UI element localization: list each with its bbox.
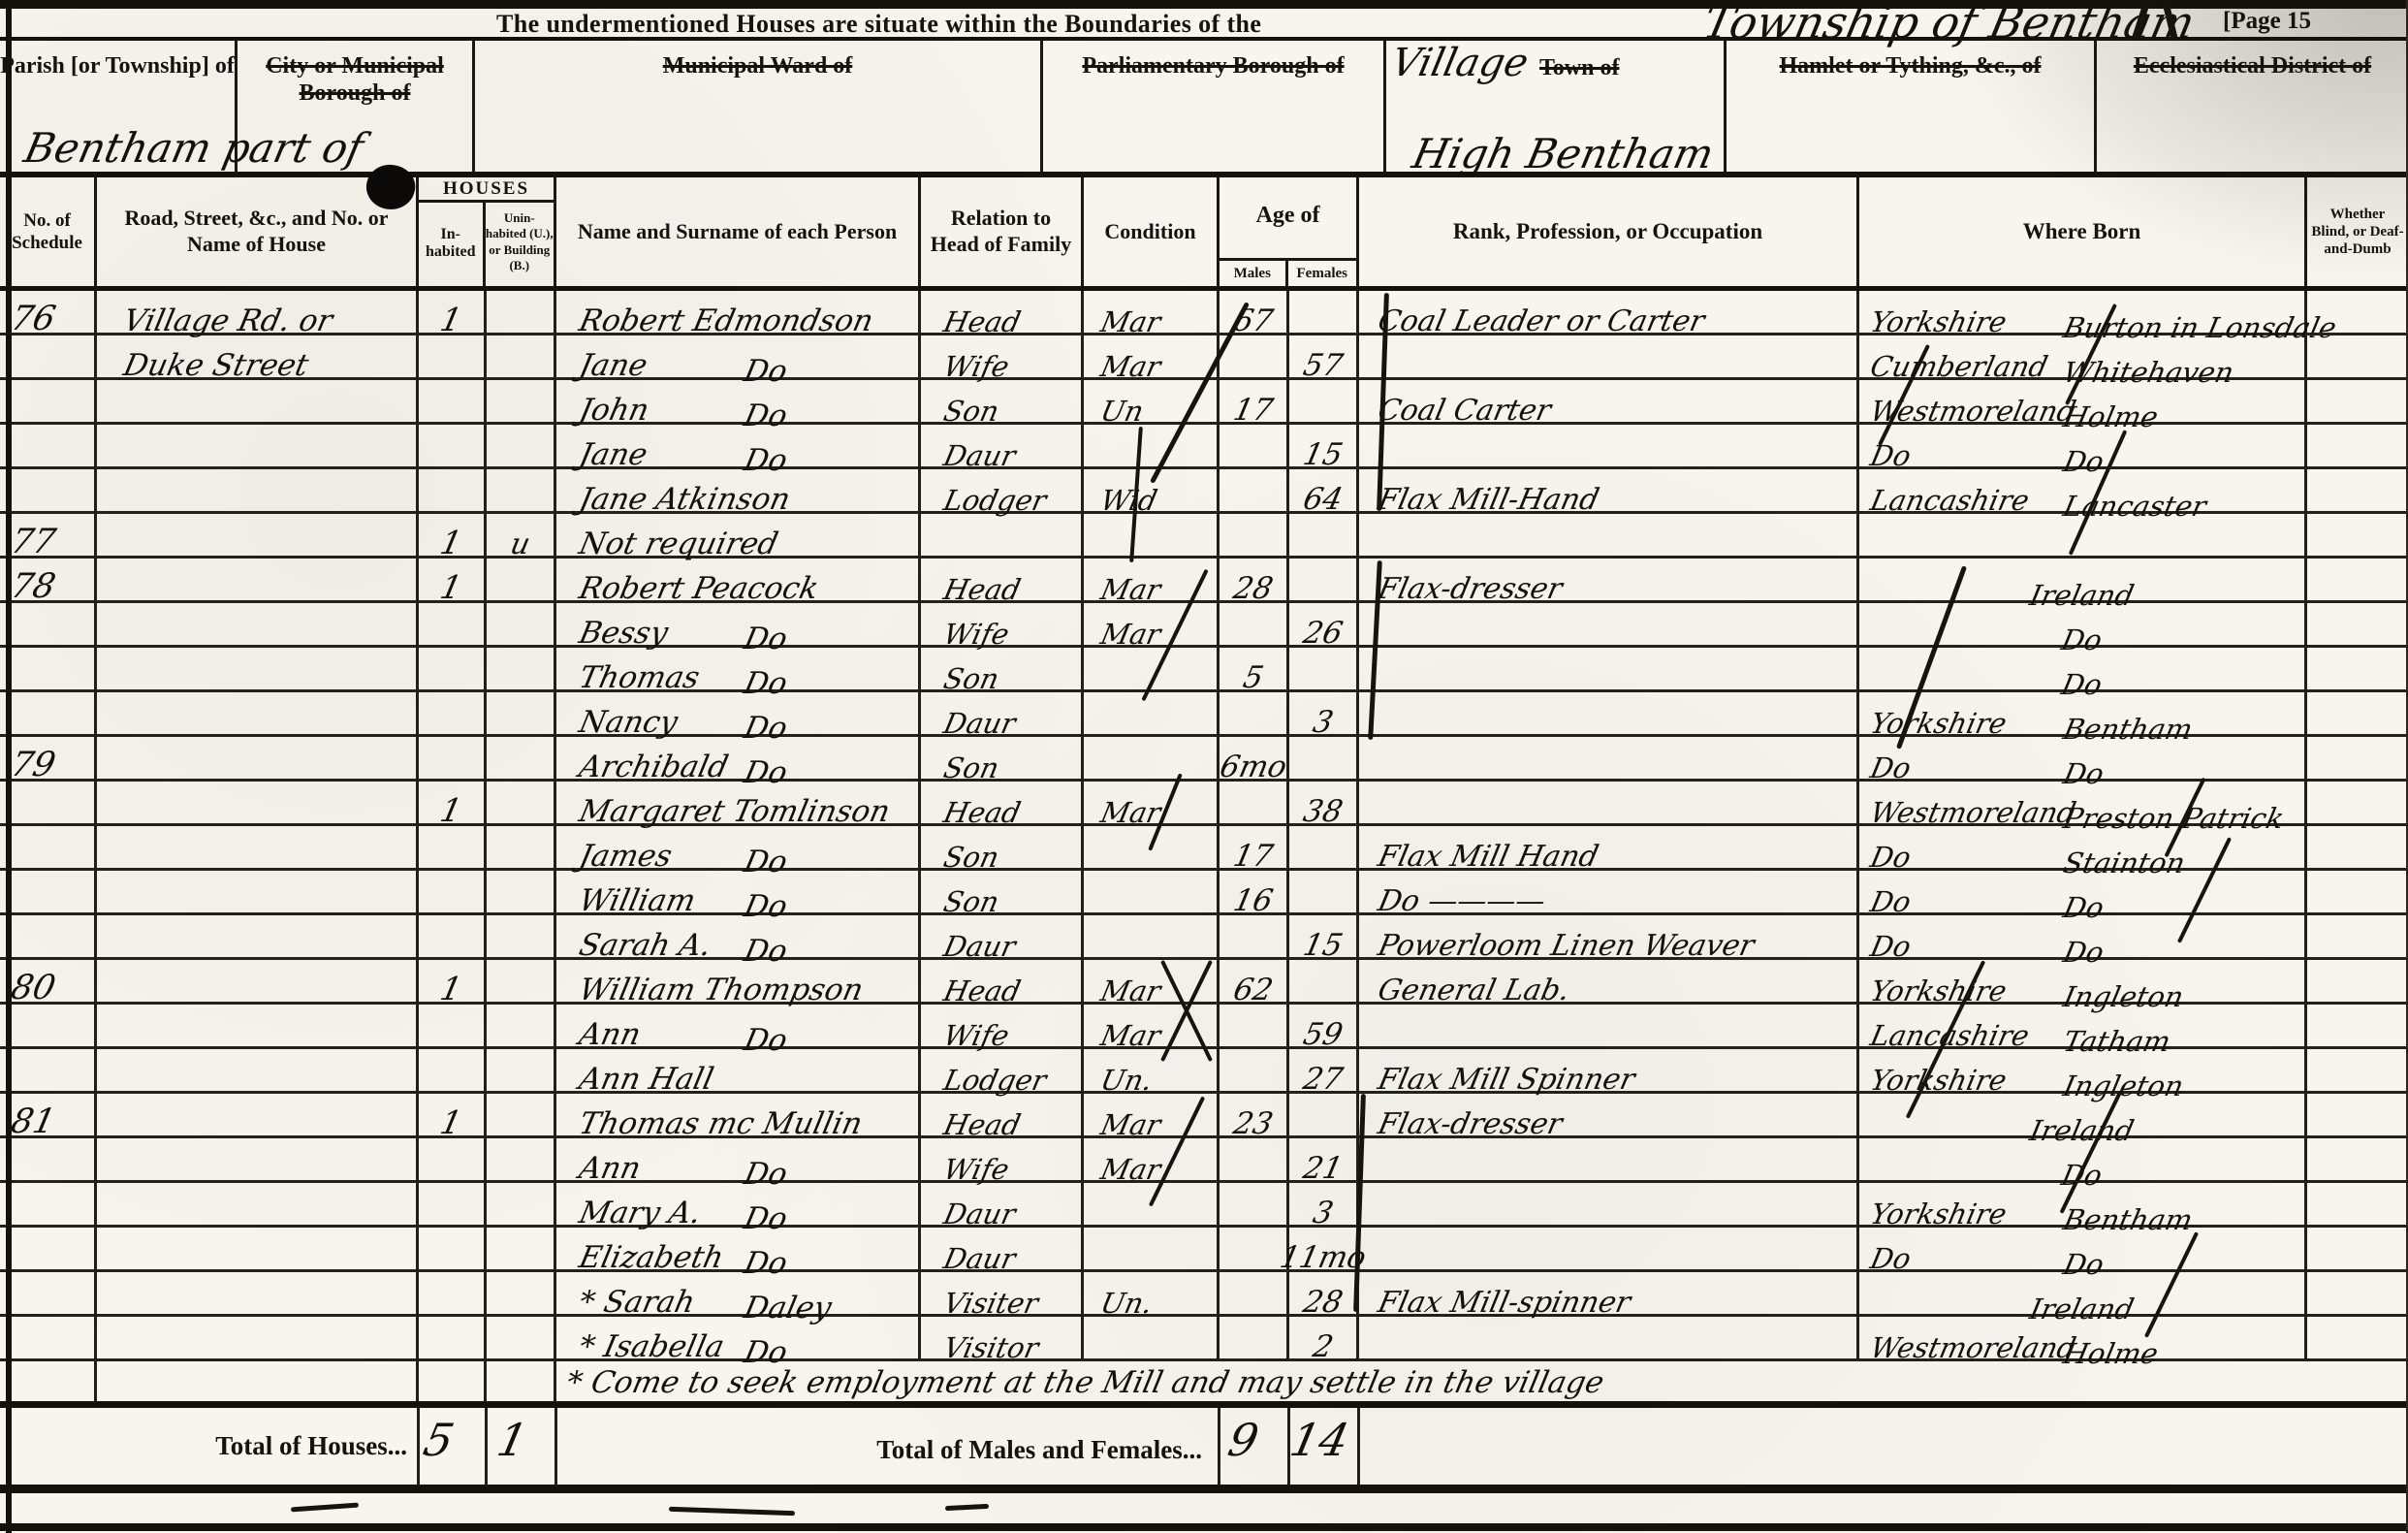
- col-header-houses: HOUSES: [419, 177, 554, 203]
- condition-cell: Mar: [1084, 291, 1220, 335]
- age-males-cell: [1220, 1183, 1289, 1228]
- left-border-rule: [6, 0, 12, 1533]
- uninhabited-cell: [487, 782, 556, 826]
- relation-cell: Visiter: [921, 1272, 1084, 1317]
- schedule-cell: [0, 871, 97, 915]
- relation-cell: Daur: [921, 915, 1084, 960]
- name-cell: JamesDo: [556, 826, 921, 871]
- occupation-cell: Flax-dresser: [1359, 559, 1859, 603]
- footnote-row: * Come to seek employment at the Mill an…: [0, 1361, 2408, 1408]
- name-cell: NancyDo: [556, 692, 921, 737]
- inhabited-cell: [419, 826, 487, 871]
- road-cell: [97, 1183, 419, 1228]
- age-males-cell: 28: [1220, 559, 1289, 603]
- inhabited-cell: [419, 469, 487, 514]
- blind-cell: [2307, 1183, 2408, 1228]
- condition-cell: Mar: [1084, 1138, 1220, 1183]
- blind-cell: [2307, 1005, 2408, 1049]
- inhabited-cell: [419, 425, 487, 469]
- road-cell: [97, 425, 419, 469]
- name-cell: AnnDo: [556, 1138, 921, 1183]
- occupation-cell: [1359, 425, 1859, 469]
- inhabited-cell: [419, 1317, 487, 1361]
- road-cell: [97, 559, 419, 603]
- age-females-cell: 15: [1289, 915, 1359, 960]
- uninhabited-cell: [487, 648, 556, 692]
- uninhabited-cell: [487, 603, 556, 648]
- age-males-cell: [1220, 1317, 1289, 1361]
- table-row: WilliamDo Son 16 Do ———— DoDo: [0, 871, 2408, 915]
- table-row: 81 1 Thomas mc Mullin Head Mar 23 Flax-d…: [0, 1094, 2408, 1138]
- where-born-cell: WestmorelandHolme: [1859, 1317, 2307, 1361]
- name-cell: Margaret Tomlinson: [556, 782, 921, 826]
- table-row: * IsabellaDo Visitor 2 WestmorelandHolme: [0, 1317, 2408, 1361]
- inhabited-cell: 1: [419, 514, 487, 559]
- column-header-row: No. of Schedule Road, Street, &c., and N…: [0, 177, 2408, 291]
- parish-handwritten-value: Bentham part of: [20, 124, 367, 172]
- name-cell: Ann Hall: [556, 1049, 921, 1094]
- name-cell: ElizabethDo: [556, 1228, 921, 1272]
- hamlet-label: Hamlet or Tything, &c., of: [1727, 53, 2094, 80]
- uninhabited-cell: [487, 871, 556, 915]
- parish-label: Parish [or Township] of: [0, 53, 235, 80]
- col-header-males: Males: [1220, 261, 1288, 286]
- district-header-row: Parish [or Township] of Bentham part of …: [0, 41, 2408, 177]
- uninhabited-cell: [487, 1049, 556, 1094]
- occupation-cell: [1359, 737, 1859, 782]
- occupation-cell: Flax Mill Spinner: [1359, 1049, 1859, 1094]
- condition-cell: [1084, 692, 1220, 737]
- where-born-cell: WestmorelandHolme: [1859, 380, 2307, 425]
- table-row: Mary A.Do Daur 3 YorkshireBentham: [0, 1183, 2408, 1228]
- age-females-cell: 2: [1289, 1317, 1359, 1361]
- town-of-label: Town of: [1539, 55, 1619, 81]
- uninhabited-cell: [487, 1138, 556, 1183]
- age-males-cell: 17: [1220, 826, 1289, 871]
- blind-cell: [2307, 603, 2408, 648]
- col-header-relation: Relation to Head of Family: [921, 177, 1084, 286]
- age-males-cell: 6mo: [1220, 737, 1289, 782]
- total-houses-uninhabited-value: 1: [492, 1414, 532, 1466]
- inhabited-cell: [419, 380, 487, 425]
- schedule-cell: 78: [0, 559, 97, 603]
- age-males-cell: [1220, 335, 1289, 380]
- relation-cell: Son: [921, 826, 1084, 871]
- age-males-cell: [1220, 425, 1289, 469]
- inhabited-cell: [419, 648, 487, 692]
- road-cell: [97, 826, 419, 871]
- age-males-cell: [1220, 782, 1289, 826]
- table-row: 80 1 William Thompson Head Mar 62 Genera…: [0, 960, 2408, 1005]
- condition-cell: [1084, 737, 1220, 782]
- schedule-cell: 81: [0, 1094, 97, 1138]
- uninhabited-cell: [487, 737, 556, 782]
- table-row: JamesDo Son 17 Flax Mill Hand DoStainton: [0, 826, 2408, 871]
- bottom-rule: [0, 1523, 2408, 1531]
- road-cell: [97, 648, 419, 692]
- totals-column-line: [1357, 1408, 1360, 1485]
- name-cell: Sarah A.Do: [556, 915, 921, 960]
- road-cell: [97, 871, 419, 915]
- village-handwritten-word: Village: [1387, 41, 1532, 85]
- relation-cell: Son: [921, 648, 1084, 692]
- age-males-cell: [1220, 1005, 1289, 1049]
- schedule-cell: [0, 1049, 97, 1094]
- condition-cell: [1084, 514, 1220, 559]
- name-cell: ThomasDo: [556, 648, 921, 692]
- blind-cell: [2307, 692, 2408, 737]
- where-born-cell: LancashireTatham: [1859, 1005, 2307, 1049]
- age-females-cell: 64: [1289, 469, 1359, 514]
- where-born-cell: DoDo: [1859, 871, 2307, 915]
- road-cell: [97, 469, 419, 514]
- road-cell: [97, 1317, 419, 1361]
- city-borough-label: City or Municipal Borough of: [238, 53, 472, 107]
- schedule-cell: [0, 1272, 97, 1317]
- age-males-cell: [1220, 1138, 1289, 1183]
- age-females-cell: 38: [1289, 782, 1359, 826]
- table-row: ElizabethDo Daur 11mo DoDo: [0, 1228, 2408, 1272]
- age-females-cell: [1289, 514, 1359, 559]
- name-cell: BessyDo: [556, 603, 921, 648]
- age-females-cell: 15: [1289, 425, 1359, 469]
- where-born-cell: YorkshireBurton in Lonsdale: [1859, 291, 2307, 335]
- blind-cell: [2307, 291, 2408, 335]
- condition-cell: [1084, 425, 1220, 469]
- district-cell-parish: Parish [or Township] of Bentham part of: [0, 41, 238, 172]
- where-born-cell: YorkshireIngleton: [1859, 960, 2307, 1005]
- where-born-cell: Do: [1859, 603, 2307, 648]
- name-cell: AnnDo: [556, 1005, 921, 1049]
- col-header-age-group: Age of Males Females: [1220, 177, 1359, 286]
- table-row: 76 Village Rd. or 1 Robert Edmondson Hea…: [0, 291, 2408, 335]
- blind-cell: [2307, 960, 2408, 1005]
- schedule-cell: [0, 1005, 97, 1049]
- occupation-cell: [1359, 1228, 1859, 1272]
- age-males-cell: 23: [1220, 1094, 1289, 1138]
- relation-cell: Daur: [921, 1228, 1084, 1272]
- footnote-spacer-cell: [97, 1361, 419, 1401]
- relation-cell: Wife: [921, 335, 1084, 380]
- occupation-cell: [1359, 335, 1859, 380]
- name-cell: * SarahDaley: [556, 1272, 921, 1317]
- table-row: AnnDo Wife Mar 21 Do: [0, 1138, 2408, 1183]
- village-handwritten-value: High Bentham: [1409, 130, 1718, 177]
- total-houses-inhabited-value: 5: [419, 1414, 459, 1466]
- table-body: 76 Village Rd. or 1 Robert Edmondson Hea…: [0, 291, 2408, 1361]
- name-cell: William Thompson: [556, 960, 921, 1005]
- uninhabited-cell: [487, 291, 556, 335]
- age-females-cell: [1289, 1094, 1359, 1138]
- col-header-occupation: Rank, Profession, or Occupation: [1359, 177, 1859, 286]
- condition-cell: [1084, 1317, 1220, 1361]
- relation-cell: Son: [921, 737, 1084, 782]
- occupation-cell: Coal Leader or Carter: [1359, 291, 1859, 335]
- uninhabited-cell: [487, 1183, 556, 1228]
- schedule-cell: [0, 1317, 97, 1361]
- table-row: Sarah A.Do Daur 15 Powerloom Linen Weave…: [0, 915, 2408, 960]
- where-born-cell: DoDo: [1859, 915, 2307, 960]
- schedule-cell: [0, 1183, 97, 1228]
- uninhabited-cell: [487, 335, 556, 380]
- relation-cell: Head: [921, 559, 1084, 603]
- where-born-cell: DoDo: [1859, 1228, 2307, 1272]
- road-cell: [97, 737, 419, 782]
- blind-cell: [2307, 648, 2408, 692]
- age-females-cell: 27: [1289, 1049, 1359, 1094]
- occupation-cell: [1359, 1005, 1859, 1049]
- age-males-cell: [1220, 469, 1289, 514]
- condition-cell: [1084, 1228, 1220, 1272]
- page-number-label: [Page 15: [2223, 8, 2311, 35]
- name-cell: Jane Atkinson: [556, 469, 921, 514]
- where-born-cell: Ireland: [1859, 1272, 2307, 1317]
- age-females-cell: [1289, 960, 1359, 1005]
- col-header-condition: Condition: [1084, 177, 1220, 286]
- footnote-text: * Come to seek employment at the Mill an…: [563, 1365, 1607, 1400]
- table-row: 79 ArchibaldDo Son 6mo DoDo: [0, 737, 2408, 782]
- occupation-cell: Powerloom Linen Weaver: [1359, 915, 1859, 960]
- age-males-cell: 16: [1220, 871, 1289, 915]
- blind-cell: [2307, 871, 2408, 915]
- table-row: Duke Street JaneDo Wife Mar 57 Cumberlan…: [0, 335, 2408, 380]
- road-cell: Village Rd. or: [97, 291, 419, 335]
- age-females-cell: 11mo: [1289, 1228, 1359, 1272]
- col-header-name: Name and Surname of each Person: [556, 177, 921, 286]
- schedule-cell: [0, 915, 97, 960]
- uninhabited-cell: [487, 1094, 556, 1138]
- where-born-cell: YorkshireBentham: [1859, 1183, 2307, 1228]
- age-females-cell: [1289, 871, 1359, 915]
- footnote-spacer-cell: [419, 1361, 487, 1401]
- age-females-cell: [1289, 826, 1359, 871]
- occupation-cell: Do ————: [1359, 871, 1859, 915]
- age-females-cell: [1289, 380, 1359, 425]
- occupation-cell: [1359, 692, 1859, 737]
- age-males-cell: [1220, 692, 1289, 737]
- banner-text: The undermentioned Houses are situate wi…: [496, 10, 1261, 39]
- uninhabited-cell: [487, 915, 556, 960]
- uninhabited-cell: [487, 826, 556, 871]
- age-males-cell: [1220, 1272, 1289, 1317]
- road-cell: [97, 915, 419, 960]
- blind-cell: [2307, 1138, 2408, 1183]
- blind-cell: [2307, 1317, 2408, 1361]
- district-cell-hamlet: Hamlet or Tything, &c., of: [1727, 41, 2097, 172]
- where-born-cell: LancashireLancaster: [1859, 469, 2307, 514]
- inhabited-cell: [419, 1049, 487, 1094]
- inhabited-cell: [419, 1183, 487, 1228]
- name-cell: Robert Edmondson: [556, 291, 921, 335]
- age-females-cell: [1289, 291, 1359, 335]
- age-males-cell: [1220, 603, 1289, 648]
- occupation-cell: [1359, 648, 1859, 692]
- condition-cell: Un.: [1084, 1049, 1220, 1094]
- age-females-cell: [1289, 559, 1359, 603]
- total-houses-label: Total of Houses...: [39, 1431, 407, 1461]
- blind-cell: [2307, 1049, 2408, 1094]
- age-males-cell: [1220, 915, 1289, 960]
- road-cell: [97, 960, 419, 1005]
- road-cell: [97, 514, 419, 559]
- inhabited-cell: [419, 692, 487, 737]
- road-cell: [97, 1005, 419, 1049]
- blind-cell: [2307, 782, 2408, 826]
- schedule-cell: [0, 335, 97, 380]
- footnote-spacer-cell: [487, 1361, 556, 1401]
- table-row: 77 1 u Not required: [0, 514, 2408, 559]
- age-females-cell: [1289, 737, 1359, 782]
- where-born-cell: YorkshireBentham: [1859, 692, 2307, 737]
- col-header-females: Females: [1288, 261, 1356, 286]
- inhabited-cell: [419, 871, 487, 915]
- table-row: JaneDo Daur 15 DoDo: [0, 425, 2408, 469]
- relation-cell: Lodger: [921, 1049, 1084, 1094]
- schedule-cell: [0, 425, 97, 469]
- relation-cell: Lodger: [921, 469, 1084, 514]
- schedule-cell: 77: [0, 514, 97, 559]
- name-cell: WilliamDo: [556, 871, 921, 915]
- name-cell: JaneDo: [556, 335, 921, 380]
- name-cell: Robert Peacock: [556, 559, 921, 603]
- uninhabited-cell: [487, 1005, 556, 1049]
- inhabited-cell: [419, 1005, 487, 1049]
- relation-cell: Visitor: [921, 1317, 1084, 1361]
- condition-cell: Mar: [1084, 335, 1220, 380]
- relation-cell: Head: [921, 782, 1084, 826]
- uninhabited-cell: [487, 1317, 556, 1361]
- name-cell: * IsabellaDo: [556, 1317, 921, 1361]
- road-cell: [97, 1138, 419, 1183]
- totals-column-line: [485, 1408, 488, 1485]
- inhabited-cell: [419, 1228, 487, 1272]
- total-females-value: 14: [1285, 1414, 1353, 1466]
- schedule-cell: [0, 469, 97, 514]
- table-row: Jane Atkinson Lodger Wid 64 Flax Mill-Ha…: [0, 469, 2408, 514]
- col-header-houses-group: HOUSES In-habited Unin-habited (U.), or …: [419, 177, 556, 286]
- condition-cell: [1084, 915, 1220, 960]
- schedule-cell: 76: [0, 291, 97, 335]
- col-header-where-born: Where Born: [1859, 177, 2307, 286]
- relation-cell: Daur: [921, 425, 1084, 469]
- occupation-cell: Flax-dresser: [1359, 1094, 1859, 1138]
- where-born-cell: Ireland: [1859, 1094, 2307, 1138]
- blind-cell: [2307, 559, 2408, 603]
- uninhabited-cell: [487, 469, 556, 514]
- schedule-cell: [0, 782, 97, 826]
- schedule-cell: [0, 826, 97, 871]
- col-header-inhabited: In-habited: [419, 203, 486, 286]
- uninhabited-cell: [487, 1228, 556, 1272]
- table-row: BessyDo Wife Mar 26 Do: [0, 603, 2408, 648]
- relation-cell: Wife: [921, 1138, 1084, 1183]
- relation-cell: Daur: [921, 692, 1084, 737]
- age-females-cell: 3: [1289, 692, 1359, 737]
- uninhabited-cell: [487, 425, 556, 469]
- occupation-cell: [1359, 782, 1859, 826]
- relation-cell: Wife: [921, 1005, 1084, 1049]
- condition-cell: [1084, 871, 1220, 915]
- age-females-cell: 21: [1289, 1138, 1359, 1183]
- where-born-cell: DoDo: [1859, 737, 2307, 782]
- where-born-cell: DoDo: [1859, 425, 2307, 469]
- ecclesiastical-label: Ecclesiastical District of: [2097, 53, 2408, 80]
- relation-cell: Son: [921, 871, 1084, 915]
- occupation-cell: [1359, 1138, 1859, 1183]
- schedule-cell: 79: [0, 737, 97, 782]
- blind-cell: [2307, 915, 2408, 960]
- inhabited-cell: [419, 603, 487, 648]
- table-row: ThomasDo Son 5 Do: [0, 648, 2408, 692]
- uninhabited-cell: [487, 559, 556, 603]
- relation-cell: Son: [921, 380, 1084, 425]
- age-females-cell: [1289, 648, 1359, 692]
- top-border-rule: [0, 0, 2408, 9]
- schedule-cell: [0, 380, 97, 425]
- totals-column-line: [1218, 1408, 1220, 1485]
- district-cell-ecclesiastical: Ecclesiastical District of: [2097, 41, 2408, 172]
- name-cell: Mary A.Do: [556, 1183, 921, 1228]
- name-cell: JohnDo: [556, 380, 921, 425]
- district-cell-parliamentary: Parliamentary Borough of: [1043, 41, 1386, 172]
- footnote-spacer-cell: [0, 1361, 97, 1401]
- relation-cell: Head: [921, 1094, 1084, 1138]
- where-born-cell: DoStainton: [1859, 826, 2307, 871]
- table-row: Ann Hall Lodger Un. 27 Flax Mill Spinner…: [0, 1049, 2408, 1094]
- name-cell: ArchibaldDo: [556, 737, 921, 782]
- occupation-cell: General Lab.: [1359, 960, 1859, 1005]
- table-row: NancyDo Daur 3 YorkshireBentham: [0, 692, 2408, 737]
- age-males-cell: [1220, 514, 1289, 559]
- table-row: * SarahDaley Visiter Un. 28 Flax Mill-sp…: [0, 1272, 2408, 1317]
- inhabited-cell: 1: [419, 559, 487, 603]
- municipal-ward-label: Municipal Ward of: [475, 53, 1040, 80]
- occupation-cell: Flax Mill-spinner: [1359, 1272, 1859, 1317]
- condition-cell: Un.: [1084, 1272, 1220, 1317]
- col-header-schedule: No. of Schedule: [0, 177, 97, 286]
- where-born-cell: Ireland: [1859, 559, 2307, 603]
- age-males-cell: 5: [1220, 648, 1289, 692]
- road-cell: [97, 1094, 419, 1138]
- road-cell: [97, 603, 419, 648]
- age-males-cell: 17: [1220, 380, 1289, 425]
- where-born-cell: WestmorelandPreston Patrick: [1859, 782, 2307, 826]
- blind-cell: [2307, 469, 2408, 514]
- occupation-cell: Coal Carter: [1359, 380, 1859, 425]
- schedule-cell: [0, 1138, 97, 1183]
- road-cell: [97, 1049, 419, 1094]
- census-sheet: The undermentioned Houses are situate wi…: [0, 0, 2408, 1533]
- uninhabited-cell: [487, 1272, 556, 1317]
- blind-cell: [2307, 514, 2408, 559]
- uninhabited-cell: [487, 960, 556, 1005]
- age-males-cell: 62: [1220, 960, 1289, 1005]
- totals-column-line: [554, 1408, 557, 1485]
- blind-cell: [2307, 425, 2408, 469]
- inhabited-cell: [419, 1138, 487, 1183]
- occupation-cell: [1359, 1317, 1859, 1361]
- inhabited-cell: 1: [419, 1094, 487, 1138]
- condition-cell: Mar: [1084, 782, 1220, 826]
- inhabited-cell: [419, 335, 487, 380]
- road-cell: [97, 782, 419, 826]
- totals-row: Total of Houses... 5 1 Total of Males an…: [0, 1408, 2408, 1493]
- district-cell-village: Village Town of High Bentham: [1386, 41, 1727, 172]
- parliamentary-borough-label: Parliamentary Borough of: [1043, 53, 1383, 80]
- schedule-cell: 80: [0, 960, 97, 1005]
- col-header-age: Age of: [1220, 177, 1356, 258]
- blind-cell: [2307, 826, 2408, 871]
